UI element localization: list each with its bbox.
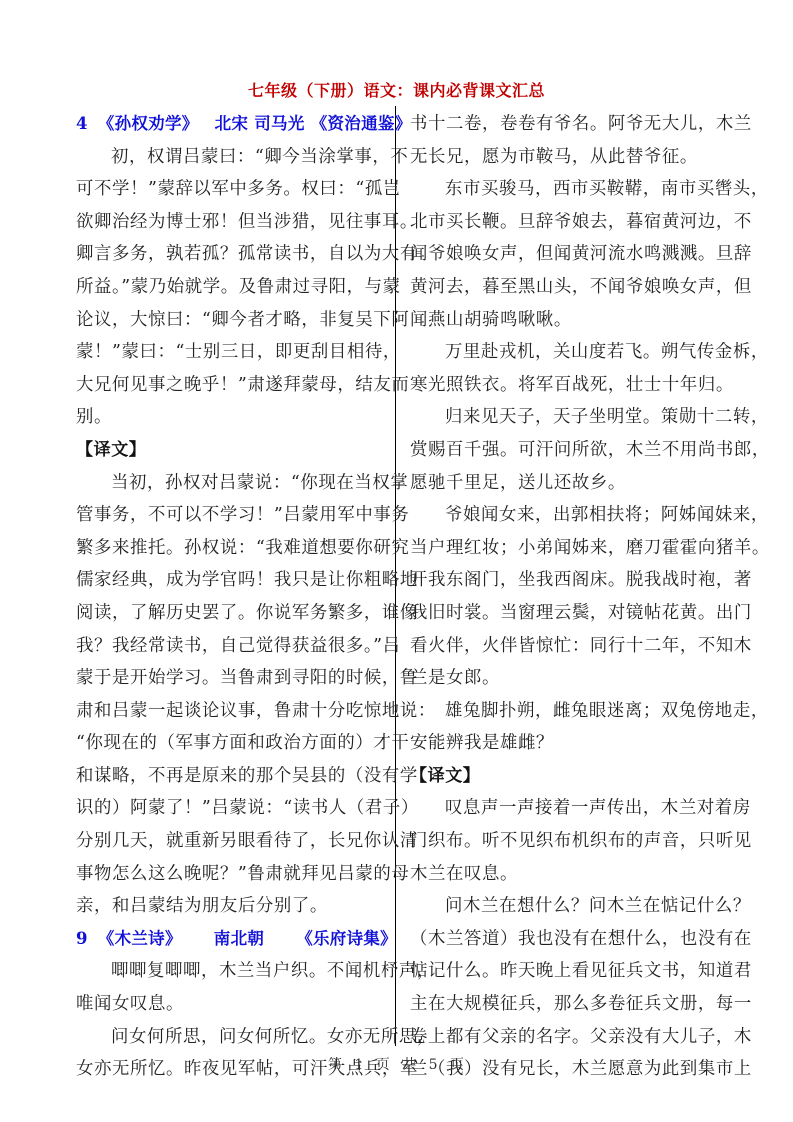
text-line: 书十二卷，卷卷有爷名。阿爷无大儿，木兰 bbox=[410, 108, 720, 141]
text-line: 分别几天，就重新另眼看待了，长兄你认清 bbox=[76, 825, 386, 858]
text-line: 问女何所思，问女何所忆。女亦无所思， bbox=[76, 1021, 386, 1054]
text-line: 繁多来推托。孙权说：“我难道想要你研究 bbox=[76, 532, 386, 565]
text-line: 当初，孙权对吕蒙说：“你现在当权掌 bbox=[76, 467, 386, 500]
text-line: 主在大规模征兵，那么多卷征兵文册，每一 bbox=[410, 988, 720, 1021]
dynasty: 北宋 bbox=[215, 114, 249, 133]
text-line: 阅读，了解历史罢了。你说军务繁多，谁像 bbox=[76, 597, 386, 630]
text-line: 叹息声一声接着一声传出，木兰对着房 bbox=[410, 792, 720, 825]
text-line: （木兰答道）我也没有在想什么，也没有在 bbox=[410, 923, 720, 956]
text-line: 惦记什么。昨天晚上看见征兵文书，知道君 bbox=[410, 955, 720, 988]
text-line: 事物怎么这么晚呢？”鲁肃就拜见吕蒙的母 bbox=[76, 858, 386, 891]
text-line: 论议，大惊曰：“卿今者才略，非复吴下阿 bbox=[76, 304, 386, 337]
section-number: 9 bbox=[76, 929, 88, 948]
text-line: 蒙！”蒙曰：“士别三日，即更刮目相待， bbox=[76, 336, 386, 369]
text-line: 木兰在叹息。 bbox=[410, 858, 720, 891]
work-title: 《孙权劝学》 bbox=[98, 114, 199, 133]
section-heading-mulan: 9《木兰诗》南北朝《乐府诗集》 bbox=[76, 923, 386, 956]
text-line: “你现在的（军事方面和政治方面的）才干 bbox=[76, 727, 386, 760]
page-number-footer: 第 1 页 共 5 页 bbox=[0, 1054, 793, 1074]
text-line: 卷上都有父亲的名字。父亲没有大儿子，木 bbox=[410, 1021, 720, 1054]
section-heading-quanxue: 4《孙权劝学》北宋 司马光 《资治通鉴》 bbox=[76, 108, 386, 141]
text-line: 我？我经常读书，自己觉得获益很多。”吕 bbox=[76, 630, 386, 663]
text-line: 爷娘闻女来，出郭相扶将；阿姊闻妹来， bbox=[410, 499, 720, 532]
text-line: 无长兄，愿为市鞍马，从此替爷征。 bbox=[410, 141, 720, 174]
source-title: 《资治通鉴》 bbox=[311, 114, 412, 133]
work-title: 《木兰诗》 bbox=[98, 929, 182, 948]
text-line: 欲卿治经为博士邪！但当涉猎，见往事耳。 bbox=[76, 206, 386, 239]
text-line: 卿言多务，孰若孤？孤常读书，自以为大有 bbox=[76, 238, 386, 271]
text-line: 别。 bbox=[76, 401, 386, 434]
text-line: 归来见天子，天子坐明堂。策勋十二转， bbox=[410, 401, 720, 434]
left-column: 4《孙权劝学》北宋 司马光 《资治通鉴》 初，权谓吕蒙曰：“卿今当涂掌事，不 可… bbox=[76, 108, 386, 1086]
text-line: 识的）阿蒙了！”吕蒙说：“读书人（君子） bbox=[76, 792, 386, 825]
source-title: 《乐府诗集》 bbox=[296, 929, 397, 948]
text-line: 赏赐百千强。可汗问所欲，木兰不用尚书郎， bbox=[410, 434, 720, 467]
text-line: 北市买长鞭。旦辞爷娘去，暮宿黄河边，不 bbox=[410, 206, 720, 239]
text-line: 万里赴戎机，关山度若飞。朔气传金柝， bbox=[410, 336, 720, 369]
text-line: 初，权谓吕蒙曰：“卿今当涂掌事，不 bbox=[76, 141, 386, 174]
section-number: 4 bbox=[76, 114, 88, 133]
text-line: 安能辨我是雄雌？ bbox=[410, 727, 720, 760]
translation-label: 【译文】 bbox=[76, 434, 386, 467]
text-line: 管事务，不可以不学习！”吕蒙用军中事务 bbox=[76, 499, 386, 532]
text-line: 闻燕山胡骑鸣啾啾。 bbox=[410, 304, 720, 337]
text-line: 蒙于是开始学习。当鲁肃到寻阳的时候，鲁 bbox=[76, 662, 386, 695]
text-line: 当户理红妆；小弟闻姊来，磨刀霍霍向猪羊。 bbox=[410, 532, 720, 565]
text-line: 雄兔脚扑朔，雌兔眼迷离；双兔傍地走， bbox=[410, 695, 720, 728]
text-line: 问木兰在想什么？问木兰在惦记什么？ bbox=[410, 890, 720, 923]
text-line: 我旧时裳。当窗理云鬓，对镜帖花黄。出门 bbox=[410, 597, 720, 630]
text-line: 大兄何见事之晚乎！”肃遂拜蒙母，结友而 bbox=[76, 369, 386, 402]
text-line: 亲，和吕蒙结为朋友后分别了。 bbox=[76, 890, 386, 923]
text-line: 唯闻女叹息。 bbox=[76, 988, 386, 1021]
text-line: 儒家经典，成为学官吗！我只是让你粗略地 bbox=[76, 564, 386, 597]
text-line: 开我东阁门，坐我西阁床。脱我战时袍，著 bbox=[410, 564, 720, 597]
text-line: 门织布。听不见织布机织布的声音，只听见 bbox=[410, 825, 720, 858]
document-title: 七年级（下册）语文：课内必背课文汇总 bbox=[0, 78, 793, 101]
text-line: 愿驰千里足，送儿还故乡。 bbox=[410, 467, 720, 500]
text-line: 寒光照铁衣。将军百战死，壮士十年归。 bbox=[410, 369, 720, 402]
right-column: 书十二卷，卷卷有爷名。阿爷无大儿，木兰 无长兄，愿为市鞍马，从此替爷征。 东市买… bbox=[410, 108, 720, 1086]
author: 司马光 bbox=[254, 114, 304, 133]
text-line: 可不学！”蒙辞以军中多务。权曰：“孤岂 bbox=[76, 173, 386, 206]
text-line: 闻爷娘唤女声，但闻黄河流水鸣溅溅。旦辞 bbox=[410, 238, 720, 271]
dynasty: 南北朝 bbox=[214, 929, 264, 948]
text-line: 唧唧复唧唧，木兰当户织。不闻机杼声， bbox=[76, 955, 386, 988]
text-line: 东市买骏马，西市买鞍鞯，南市买辔头， bbox=[410, 173, 720, 206]
text-line: 肃和吕蒙一起谈论议事，鲁肃十分吃惊地说： bbox=[76, 695, 386, 728]
text-line: 和谋略，不再是原来的那个吴县的（没有学 bbox=[76, 760, 386, 793]
text-line: 所益。”蒙乃始就学。及鲁肃过寻阳，与蒙 bbox=[76, 271, 386, 304]
text-line: 黄河去，暮至黑山头，不闻爷娘唤女声，但 bbox=[410, 271, 720, 304]
translation-label: 【译文】 bbox=[410, 760, 720, 793]
text-line: 兰是女郎。 bbox=[410, 662, 720, 695]
text-line: 看火伴，火伴皆惊忙：同行十二年，不知木 bbox=[410, 630, 720, 663]
